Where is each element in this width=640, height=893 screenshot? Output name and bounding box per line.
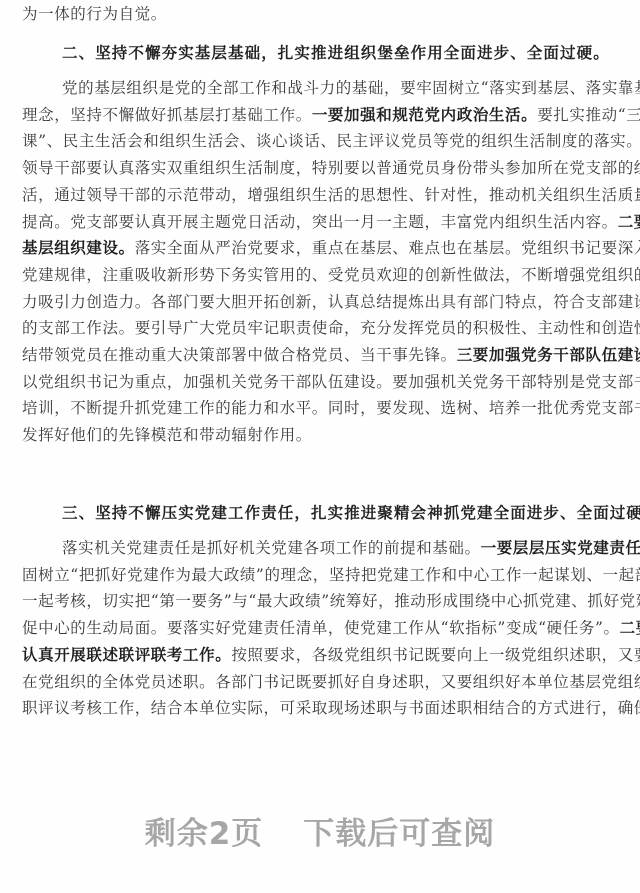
text-run: 活，通过领导干部的示范带动，增强组织生活的思想性、针对性，推动机关组织生活质量全… (22, 186, 640, 204)
text-run: 职评议考核工作，结合本单位实际，可采取现场述职与书面述职相结合的方式进行，确保党… (22, 699, 640, 717)
bold-key-point: 三要加强党务干部队伍建设。 (457, 345, 640, 364)
paragraph-line: 提高。党支部要认真开展主题党日活动，突出一月一主题，丰富党内组织生活内容。二要加… (22, 211, 616, 233)
paragraph-line: 发挥好他们的先锋模范和带动辐射作用。 (22, 424, 616, 446)
intro-tail-line: 为一体的行为自觉。 (22, 3, 616, 25)
download-to-view-label[interactable]: 下载后可查阅 (303, 808, 495, 853)
paragraph-line: 党建规律，注重吸收新形势下务实管用的、受党员欢迎的创新性做法，不断增强党组织的凝… (22, 264, 616, 286)
paragraph-line: 基层组织建设。落实全面从严治党要求，重点在基层、难点也在基层。党组织书记要深入研… (22, 237, 616, 259)
remaining-pages-label: 剩余2页 (145, 808, 264, 853)
paragraph-line: 力吸引力创造力。各部门要大胆开拓创新，认真总结提炼出具有部门特点，符合支部建设需… (22, 291, 616, 313)
bold-key-point: 认真开展联述联评联考工作。 (22, 645, 231, 664)
text-run: 一起考核，切实把“第一要务”与“最大政绩”统筹好，推动形成围绕中心抓党建、抓好党… (22, 592, 640, 610)
bold-key-point: 二要 (620, 618, 640, 637)
text-run: 发挥好他们的先锋模范和带动辐射作用。 (22, 426, 312, 444)
text-run: 力吸引力创造力。各部门要大胆开拓创新，认真总结提炼出具有部门特点，符合支部建设需… (22, 293, 640, 311)
text-run: 的支部工作法。要引导广大党员牢记职责使命，充分发挥党员的积极性、主动性和创造性，… (22, 319, 640, 337)
bold-key-point: 基层组织建设。 (22, 238, 135, 257)
text-run: 在党组织的全体党员述职。各部门书记既要抓好自身述职，又要组织好本单位基层党组织的… (22, 673, 640, 691)
section-2-heading: 二、坚持不懈夯实基层基础，扎实推进组织堡垒作用全面进步、全面过硬。 (62, 42, 610, 64)
paragraph-line: 落实机关党建责任是抓好机关党建各项工作的前提和基础。一要层层压实党建责任。要牢 (62, 537, 616, 559)
text-run: 理念，坚持不懈做好抓基层打基础工作。 (22, 106, 312, 124)
paragraph-line: 结带领党员在推动重大决策部署中做合格党员、当干事先锋。三要加强党务干部队伍建设。… (22, 344, 616, 366)
text-run: 落实全面从严治党要求，重点在基层、难点也在基层。党组织书记要深入研究 (135, 239, 640, 257)
text-run: 党的基层组织是党的全部工作和战斗力的基础，要牢固树立“落实到基层、落实靠基层” (62, 79, 640, 97)
paragraph-line: 固树立“把抓好党建作为最大政绩”的理念，坚持把党建工作和中心工作一起谋划、一起部… (22, 564, 616, 586)
paragraph-line: 促中心的生动局面。要落实好党建责任清单，使党建工作从“软指标”变成“硬任务”。二… (22, 617, 616, 639)
paragraph-line: 活，通过领导干部的示范带动，增强组织生活的思想性、针对性，推动机关组织生活质量全… (22, 184, 616, 206)
text-run: 要扎实推动“三会一 (537, 106, 640, 124)
text-run: 结带领党员在推动重大决策部署中做合格党员、当干事先锋。 (22, 346, 457, 364)
paragraph-line: 理念，坚持不懈做好抓基层打基础工作。一要加强和规范党内政治生活。要扎实推动“三会… (22, 104, 616, 126)
paragraph-line: 党的基层组织是党的全部工作和战斗力的基础，要牢固树立“落实到基层、落实靠基层” (62, 77, 616, 99)
text-run: 提高。党支部要认真开展主题党日活动，突出一月一主题，丰富党内组织生活内容。 (22, 213, 618, 231)
paragraph-line: 领导干部要认真落实双重组织生活制度，特别要以普通党员身份带头参加所在党支部的组织… (22, 157, 616, 179)
text-run: 党建规律，注重吸收新形势下务实管用的、受党员欢迎的创新性做法，不断增强党组织的凝… (22, 266, 640, 284)
text-run: 培训，不断提升抓党建工作的能力和水平。同时，要发现、选树、培养一批优秀党支部书记… (22, 399, 640, 417)
text-run: 以党组织书记为重点，加强机关党务干部队伍建设。要加强机关党务干部特别是党支部书记… (22, 373, 640, 391)
text-run: 按照要求，各级党组织书记既要向上一级党组织述职，又要向所 (231, 646, 640, 664)
text-run: 固树立“把抓好党建作为最大政绩”的理念，坚持把党建工作和中心工作一起谋划、一起部… (22, 566, 640, 584)
paragraph-line: 以党组织书记为重点，加强机关党务干部队伍建设。要加强机关党务干部特别是党支部书记… (22, 371, 616, 393)
section-3-heading: 三、坚持不懈压实党建工作责任，扎实推进聚精会神抓党建全面进步、全面过硬。 (62, 502, 640, 524)
bold-key-point: 一要加强和规范党内政治生活。 (312, 105, 537, 124)
bold-key-point: 二要加强 (618, 212, 640, 231)
paragraph-line: 课”、民主生活会和组织生活会、谈心谈话、民主评议党员等党的组织生活制度的落实。党… (22, 130, 616, 152)
paragraph-line: 认真开展联述联评联考工作。按照要求，各级党组织书记既要向上一级党组织述职，又要向… (22, 644, 616, 666)
paragraph-line: 职评议考核工作，结合本单位实际，可采取现场述职与书面述职相结合的方式进行，确保党… (22, 697, 616, 719)
bold-key-point: 一要层层压实党建责任。 (481, 538, 640, 557)
paragraph-line: 培训，不断提升抓党建工作的能力和水平。同时，要发现、选树、培养一批优秀党支部书记… (22, 397, 616, 419)
document-page: 为一体的行为自觉。 二、坚持不懈夯实基层基础，扎实推进组织堡垒作用全面进步、全面… (0, 0, 640, 893)
text-run: 落实机关党建责任是抓好机关党建各项工作的前提和基础。 (62, 539, 481, 557)
paragraph-line: 在党组织的全体党员述职。各部门书记既要抓好自身述职，又要组织好本单位基层党组织的… (22, 671, 616, 693)
text-run: 促中心的生动局面。要落实好党建责任清单，使党建工作从“软指标”变成“硬任务”。 (22, 619, 620, 637)
paragraph-line: 的支部工作法。要引导广大党员牢记职责使命，充分发挥党员的积极性、主动性和创造性，… (22, 317, 616, 339)
text-run: 课”、民主生活会和组织生活会、谈心谈话、民主评议党员等党的组织生活制度的落实。党… (22, 132, 640, 150)
download-to-read-banner[interactable]: 剩余2页下载后可查阅 (0, 808, 640, 853)
text-run: 领导干部要认真落实双重组织生活制度，特别要以普通党员身份带头参加所在党支部的组织… (22, 159, 640, 177)
paragraph-line: 一起考核，切实把“第一要务”与“最大政绩”统筹好，推动形成围绕中心抓党建、抓好党… (22, 590, 616, 612)
